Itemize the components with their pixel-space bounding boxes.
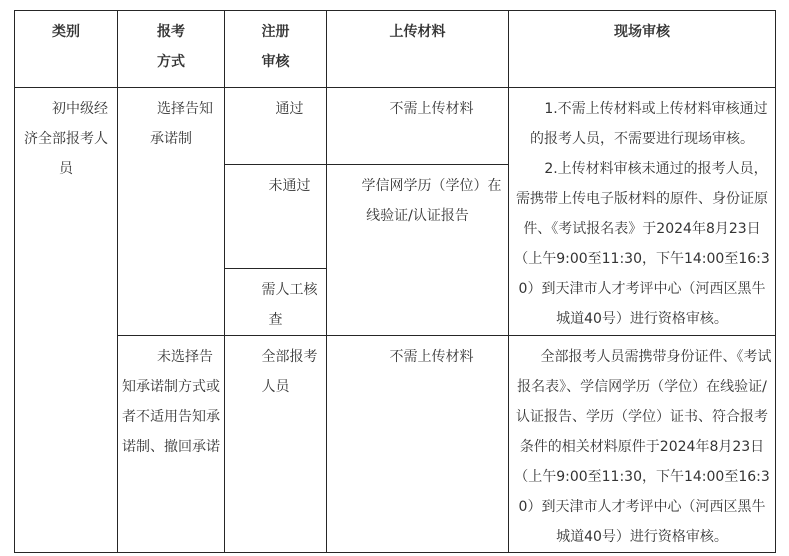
header-method: 报考 方式 bbox=[118, 11, 225, 88]
header-row: 类别 报考 方式 注册 审核 上传材料 现场审核 bbox=[15, 11, 776, 88]
cell-upload-all-applicants: 不需上传材料 bbox=[327, 336, 509, 553]
header-onsite-review: 现场审核 bbox=[509, 11, 776, 88]
cell-upload-failed: 学信网学历（学位）在 线验证/认证报告 bbox=[327, 165, 509, 336]
header-registration-review: 注册 审核 bbox=[225, 11, 327, 88]
cell-review-passed: 通过 bbox=[225, 88, 327, 165]
cell-review-manual-check: 需人工核 查 bbox=[225, 269, 327, 336]
cell-onsite-group2: 全部报考人员需携带身份证件、《考试报名表》、学信网学历（学位）在线验证/认证报告… bbox=[509, 336, 776, 553]
header-category: 类别 bbox=[15, 11, 118, 88]
header-upload-materials: 上传材料 bbox=[327, 11, 509, 88]
cell-upload-passed: 不需上传材料 bbox=[327, 88, 509, 165]
cell-method-commitment: 选择告知 承诺制 bbox=[118, 88, 225, 336]
table-row: 未选择告 知承诺制方式或 者不适用告知承 诺制、撤回承诺 全部报考 人员 不需上… bbox=[15, 336, 776, 553]
cell-onsite-group1: 1.不需上传材料或上传材料审核通过的报考人员，不需要进行现场审核。 2.上传材料… bbox=[509, 88, 776, 336]
cell-method-no-commitment: 未选择告 知承诺制方式或 者不适用告知承 诺制、撤回承诺 bbox=[118, 336, 225, 553]
registration-review-table: 类别 报考 方式 注册 审核 上传材料 现场审核 初中级经 济全部报考人 员 选… bbox=[14, 10, 776, 553]
onsite-paragraph-3: 全部报考人员需携带身份证件、《考试报名表》、学信网学历（学位）在线验证/认证报告… bbox=[512, 342, 772, 552]
cell-category: 初中级经 济全部报考人 员 bbox=[15, 88, 118, 553]
cell-review-all-applicants: 全部报考 人员 bbox=[225, 336, 327, 553]
document-page: 类别 报考 方式 注册 审核 上传材料 现场审核 初中级经 济全部报考人 员 选… bbox=[0, 0, 789, 556]
onsite-paragraph-2: 2.上传材料审核未通过的报考人员，需携带上传电子版材料的原件、身份证原件、《考试… bbox=[512, 154, 772, 334]
cell-review-failed: 未通过 bbox=[225, 165, 327, 269]
onsite-paragraph-1: 1.不需上传材料或上传材料审核通过的报考人员，不需要进行现场审核。 bbox=[512, 94, 772, 154]
table-row: 初中级经 济全部报考人 员 选择告知 承诺制 通过 不需上传材料 1.不需上传材… bbox=[15, 88, 776, 165]
